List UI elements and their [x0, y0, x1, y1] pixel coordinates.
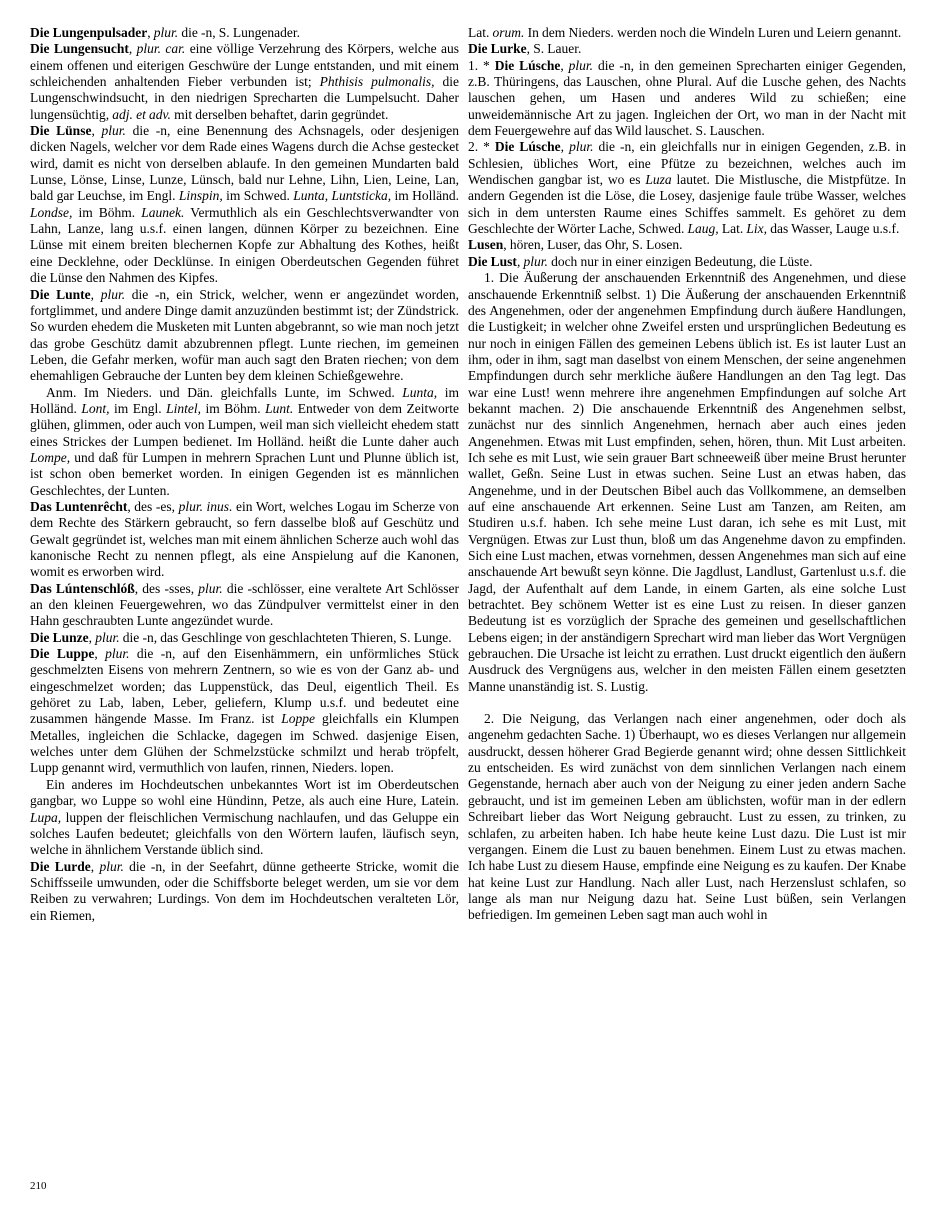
paragraph: Die Lunte, plur. die -n, ein Strick, wel… — [30, 287, 459, 385]
text-segment: 1. * — [468, 58, 495, 73]
text-segment: Luza — [645, 172, 671, 187]
text-segment: , des -sses, — [135, 581, 199, 596]
text-segment: die -n, das Geschlinge von geschlachtete… — [120, 630, 452, 645]
paragraph: Lusen, hören, Luser, das Ohr, S. Losen. — [468, 237, 906, 253]
headword: Die Lunze — [30, 630, 89, 645]
text-segment: In dem Nieders. werden noch die Windeln … — [524, 25, 901, 40]
text-segment: plur. — [99, 859, 123, 874]
text-segment: Lont, — [81, 401, 109, 416]
text-segment: das Wasser, Lauge u.s.f. — [767, 221, 899, 236]
text-segment: im Böhm. — [72, 205, 141, 220]
paragraph: Die Lurke, S. Lauer. — [468, 41, 906, 57]
text-segment: 2. Die Neigung, das Verlangen nach einer… — [468, 711, 906, 922]
paragraph: Das Luntenrêcht, des -es, plur. inus. ei… — [30, 499, 459, 581]
paragraph: 2. Die Neigung, das Verlangen nach einer… — [468, 711, 906, 923]
text-segment: Lunt. — [265, 401, 293, 416]
headword: Das Luntenrêcht — [30, 499, 127, 514]
paragraph: Die Lünse, plur. die -n, eine Benennung … — [30, 123, 459, 286]
headword: Die Lúsche — [495, 58, 561, 73]
text-segment: orum. — [493, 25, 525, 40]
text-segment: im Böhm. — [201, 401, 265, 416]
paragraph: 1. * Die Lúsche, plur. die -n, in den ge… — [468, 58, 906, 140]
paragraph: Die Lust, plur. doch nur in einer einzig… — [468, 254, 906, 270]
paragraph: 1. Die Äußerung der anschauenden Erkennt… — [468, 270, 906, 695]
text-segment: Lunta, Luntsticka, — [293, 188, 391, 203]
text-segment: 2. * — [468, 139, 495, 154]
text-segment: , — [129, 41, 137, 56]
text-segment: plur. — [95, 630, 119, 645]
text-segment: Londse, — [30, 205, 72, 220]
text-segment: , — [91, 123, 101, 138]
text-segment: , — [91, 287, 101, 302]
text-segment: Lat. — [468, 25, 493, 40]
headword: Die Lúsche — [495, 139, 561, 154]
text-segment: im Holländ. — [391, 188, 459, 203]
text-segment: plur. car. — [137, 41, 186, 56]
text-segment: mit derselben behaftet, darin gegründet. — [171, 107, 389, 122]
paragraph: Die Lungenpulsader, plur. die -n, S. Lun… — [30, 25, 459, 41]
headword: Lusen — [468, 237, 503, 252]
paragraph: Anm. Im Nieders. und Dän. gleichfalls Lu… — [30, 385, 459, 499]
paragraph: Lat. orum. In dem Nieders. werden noch d… — [468, 25, 906, 41]
headword: Die Lurke — [468, 41, 527, 56]
text-segment: Loppe — [281, 711, 315, 726]
text-segment: plur. inus. — [179, 499, 233, 514]
text-segment: im Engl. — [110, 401, 167, 416]
text-segment: Laug, — [688, 221, 719, 236]
text-segment: , hören, Luser, das Ohr, S. Losen. — [503, 237, 682, 252]
text-segment: plur. — [524, 254, 548, 269]
text-segment: plur. — [569, 58, 593, 73]
headword: Die Lust — [468, 254, 517, 269]
paragraph: 2. * Die Lúsche, plur. die -n, ein gleic… — [468, 139, 906, 237]
headword: Die Lünse — [30, 123, 91, 138]
text-segment: adj. et adv. — [112, 107, 171, 122]
text-segment: Linspin, — [179, 188, 223, 203]
text-segment: Lintel, — [166, 401, 201, 416]
text-segment: plur. — [101, 287, 125, 302]
text-segment: plur. — [105, 646, 129, 661]
text-segment: plur. — [198, 581, 222, 596]
text-segment: , des -es, — [127, 499, 178, 514]
text-segment: die -n, S. Lungenader. — [178, 25, 300, 40]
paragraph: Die Luppe, plur. die -n, auf den Eisenhä… — [30, 646, 459, 777]
text-segment: , — [94, 646, 105, 661]
text-segment: im Schwed. — [223, 188, 294, 203]
text-segment: Anm. Im Nieders. und Dän. gleichfalls Lu… — [46, 385, 402, 400]
text-segment: , S. Lauer. — [527, 41, 582, 56]
text-segment: , — [560, 58, 568, 73]
text-segment: plur. — [102, 123, 126, 138]
paragraph: Das Lúntenschlóß, des -sses, plur. die -… — [30, 581, 459, 630]
text-segment: Launek. — [141, 205, 184, 220]
text-segment: Ein anderes im Hochdeutschen unbekanntes… — [30, 777, 459, 808]
headword: Das Lúntenschlóß — [30, 581, 135, 596]
text-segment: Lix, — [746, 221, 767, 236]
text-segment: 1. Die Äußerung der anschauenden Erkennt… — [468, 270, 906, 694]
text-segment: und daß für Lumpen in mehrern Sprachen L… — [30, 450, 459, 498]
headword: Die Lurde — [30, 859, 91, 874]
right-column: Lat. orum. In dem Nieders. werden noch d… — [468, 25, 906, 924]
paragraph: Ein anderes im Hochdeutschen unbekanntes… — [30, 777, 459, 859]
two-column-layout: Die Lungenpulsader, plur. die -n, S. Lun… — [30, 25, 906, 924]
paragraph: Die Lungensucht, plur. car. eine völlige… — [30, 41, 459, 123]
text-segment: doch nur in einer einzigen Bedeutung, di… — [548, 254, 813, 269]
paragraph: Die Lurde, plur. die -n, in der Seefahrt… — [30, 859, 459, 924]
page-number: 210 — [30, 1180, 47, 1192]
text-segment: Phthisis pulmonalis, — [320, 74, 435, 89]
text-segment: Lupa, — [30, 810, 61, 825]
headword: Die Lungenpulsader — [30, 25, 147, 40]
headword: Die Luppe — [30, 646, 94, 661]
text-segment: luppen der fleischlichen Vermischung nac… — [30, 810, 459, 858]
text-segment: plur. — [569, 139, 593, 154]
dictionary-page: Die Lungenpulsader, plur. die -n, S. Lun… — [0, 0, 935, 1210]
headword: Die Lungensucht — [30, 41, 129, 56]
text-segment: Lompe, — [30, 450, 70, 465]
headword: Die Lunte — [30, 287, 91, 302]
text-segment: , — [561, 139, 569, 154]
text-segment: Lat. — [719, 221, 747, 236]
text-segment: plur. — [154, 25, 178, 40]
paragraph: Die Lunze, plur. die -n, das Geschlinge … — [30, 630, 459, 646]
left-column: Die Lungenpulsader, plur. die -n, S. Lun… — [30, 25, 459, 924]
text-segment: Lunta, — [402, 385, 437, 400]
